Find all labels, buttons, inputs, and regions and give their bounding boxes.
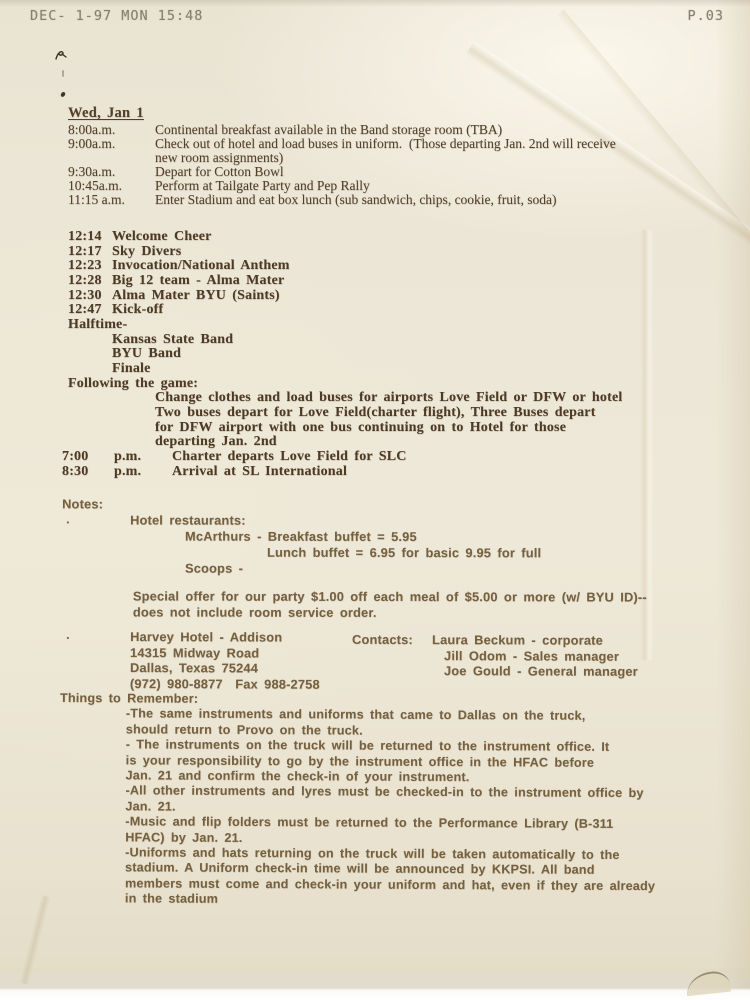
event-time: 12:47 — [68, 303, 112, 318]
schedule-row: 10:45a.m. Perform at Tailgate Party and … — [68, 179, 708, 193]
schedule-time: 9:00a.m. — [68, 137, 155, 165]
postgame-line: Change clothes and load buses for airpor… — [68, 391, 728, 406]
game-event: 12:14 Welcome Cheer — [68, 230, 728, 245]
event-time: 12:23 — [68, 259, 112, 274]
event-label: Arrival at SL International — [172, 465, 347, 480]
hotel-restaurants-label: Hotel restaurants: — [62, 512, 722, 529]
evening-event: 7:00p.m. Charter departs Love Field for … — [62, 450, 728, 465]
event-time: 12:14 — [68, 230, 112, 245]
paper-curl-bottom-right — [685, 970, 731, 996]
event-time: 12:30 — [68, 289, 112, 304]
paper-crease-bottom-left — [19, 895, 50, 985]
schedule-desc: Depart for Cotton Bowl — [155, 165, 708, 179]
contacts-label: Contacts: — [352, 632, 432, 648]
bullet-dot: · — [66, 631, 70, 647]
notes-section: Notes: · Hotel restaurants: McArthurs - … — [62, 496, 722, 621]
postgame-line: for DFW airport with one bus continuing … — [68, 421, 728, 436]
event-time: 7:00p.m. — [62, 450, 172, 465]
schedule-desc: Perform at Tailgate Party and Pep Rally — [155, 179, 708, 193]
schedule-row: 11:15 a.m. Enter Stadium and eat box lun… — [68, 193, 708, 207]
schedule-desc: Check out of hotel and load buses in uni… — [155, 137, 708, 165]
game-event: 12:30 Alma Mater BYU (Saints) — [68, 289, 728, 304]
event-label: Kick-off — [112, 303, 163, 318]
contact-person: Laura Beckum - corporate — [432, 632, 603, 648]
schedule-row: 9:30a.m. Depart for Cotton Bowl — [68, 165, 708, 179]
halftime-item: Kansas State Band — [68, 333, 728, 348]
event-time: 12:28 — [68, 274, 112, 289]
event-time: 8:30p.m. — [62, 465, 172, 480]
paper-edge-bottom — [0, 968, 750, 1000]
postgame-line: departing Jan. 2nd — [68, 435, 728, 450]
schedule-desc: Enter Stadium and eat box lunch (sub san… — [155, 193, 708, 207]
fax-document-page: DEC- 1-97 MON 15:48 P.03 Wed, Jan 1 8:00… — [0, 0, 750, 1000]
event-label: Alma Mater BYU (Saints) — [112, 289, 280, 304]
ink-mark-dot — [60, 91, 65, 97]
fax-page-number: P.03 — [687, 8, 724, 24]
day-schedule-section: Wed, Jan 1 8:00a.m. Continental breakfas… — [68, 105, 708, 206]
special-offer-line: does not include room service order. — [62, 604, 722, 621]
schedule-row: 8:00a.m. Continental breakfast available… — [68, 123, 708, 137]
fax-timestamp: DEC- 1-97 MON 15:48 — [30, 8, 203, 24]
things-to-remember-section: Things to Remember: -The same instrument… — [59, 691, 740, 910]
event-label: Big 12 team - Alma Mater — [112, 274, 284, 289]
schedule-time: 11:15 a.m. — [68, 193, 155, 207]
contact-row: Contacts: Laura Beckum - corporate — [352, 632, 742, 649]
schedule-row: 9:00a.m. Check out of hotel and load bus… — [68, 137, 708, 165]
day-heading: Wed, Jan 1 — [68, 105, 708, 122]
event-label: Invocation/National Anthem — [112, 259, 290, 274]
hotel-contacts-section: · Harvey Hotel - Addison 14315 Midway Ro… — [62, 629, 742, 694]
postgame-line: Two buses depart for Love Field(charter … — [68, 406, 728, 421]
schedule-desc: Continental breakfast available in the B… — [155, 123, 708, 137]
remember-line: in the stadium — [59, 891, 739, 910]
schedule-time: 8:00a.m. — [68, 123, 155, 137]
halftime-item: BYU Band — [68, 347, 728, 362]
event-label: Sky Divers — [112, 245, 181, 260]
game-event: 12:23 Invocation/National Anthem — [68, 259, 728, 274]
postgame-heading: Following the game: — [68, 377, 728, 392]
event-label: Charter departs Love Field for SLC — [172, 450, 407, 465]
contact-person: Jill Odom - Sales manager — [352, 647, 742, 664]
game-event: 12:47 Kick-off — [68, 303, 728, 318]
restaurant-line: Scoops - — [62, 560, 722, 577]
restaurant-line: Lunch buffet = 6.95 for basic 9.95 for f… — [62, 544, 722, 561]
game-schedule-section: 12:14 Welcome Cheer 12:17 Sky Divers 12:… — [68, 230, 728, 479]
game-event: 12:28 Big 12 team - Alma Mater — [68, 274, 728, 289]
special-offer-line: Special offer for our party $1.00 off ea… — [62, 588, 722, 605]
contact-person: Joe Gould - General manager — [352, 663, 742, 680]
schedule-time: 9:30a.m. — [68, 165, 155, 179]
restaurant-line: McArthurs - Breakfast buffet = 5.95 — [62, 528, 722, 545]
fax-header: DEC- 1-97 MON 15:48 P.03 — [30, 8, 724, 24]
halftime-heading: Halftime- — [68, 318, 728, 333]
ink-mark-squiggle — [54, 48, 68, 67]
contacts-block: Contacts: Laura Beckum - corporate Jill … — [352, 632, 742, 680]
schedule-time: 10:45a.m. — [68, 179, 155, 193]
event-label: Welcome Cheer — [112, 230, 212, 245]
game-event: 12:17 Sky Divers — [68, 245, 728, 260]
evening-event: 8:30p.m. Arrival at SL International — [62, 465, 728, 480]
notes-heading: Notes: — [62, 496, 722, 513]
bullet-dot: · — [66, 514, 70, 530]
event-time: 12:17 — [68, 245, 112, 260]
paper-edge-top-shadow — [0, 0, 750, 7]
ink-mark-faint — [62, 70, 64, 77]
halftime-item: Finale — [68, 362, 728, 377]
